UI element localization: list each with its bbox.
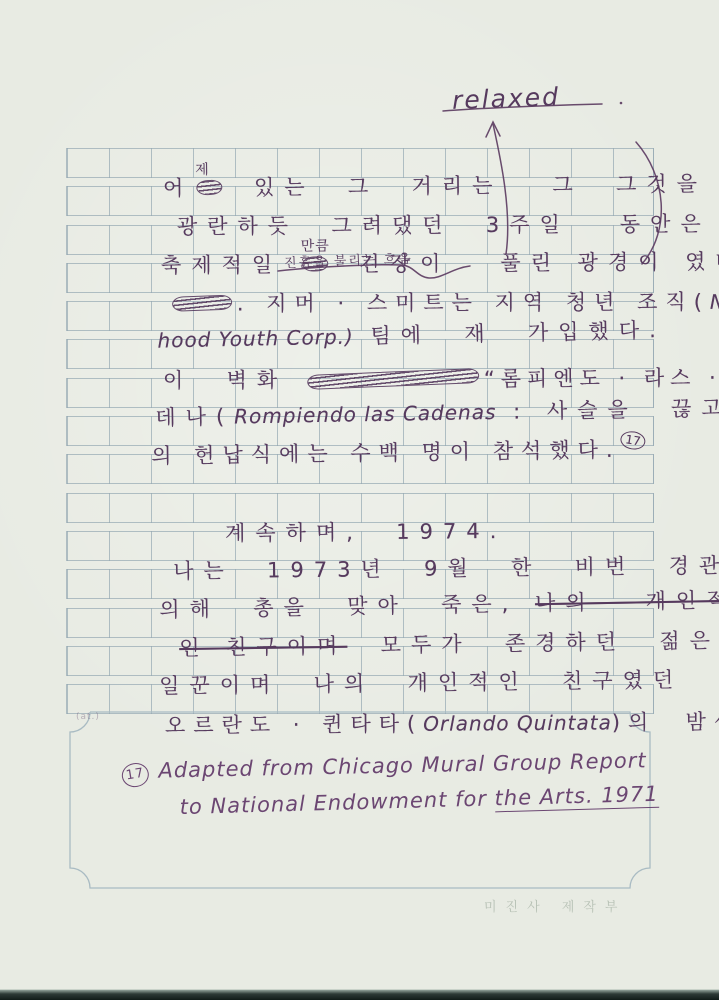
relaxed-arrow-head bbox=[486, 122, 500, 137]
footnote-number: 17 bbox=[120, 761, 150, 789]
manuscript-line: 의 헌납식에는 수백 명이 참석했다.17 bbox=[92, 409, 646, 495]
inserted-word: 제 bbox=[195, 159, 210, 179]
relaxed-underline-dot bbox=[620, 102, 623, 105]
scanned-manuscript-page: relaxed 어제 있는 그 거리는 그 그것을 광란하듯 그려댔던 3주일 … bbox=[0, 0, 719, 1000]
footnote-underlined-text: the Arts. 1971 bbox=[494, 782, 659, 813]
footnote-reference-number: 17 bbox=[619, 430, 647, 452]
footnote-line-2: to National Endowment for the Arts. 1971 bbox=[148, 758, 660, 844]
paper-maker-imprint: 미진사 제작부 bbox=[484, 896, 626, 915]
relaxed-annotation: relaxed bbox=[452, 82, 561, 115]
text-run: 의 헌납식에는 수백 명이 참석했다. bbox=[151, 438, 621, 469]
scan-edge-shadow bbox=[0, 989, 719, 1000]
footnote-text: to National Endowment for bbox=[179, 786, 495, 819]
text-run-english: Neighbor bbox=[710, 290, 719, 314]
faint-margin-note: (at.) bbox=[76, 712, 100, 722]
